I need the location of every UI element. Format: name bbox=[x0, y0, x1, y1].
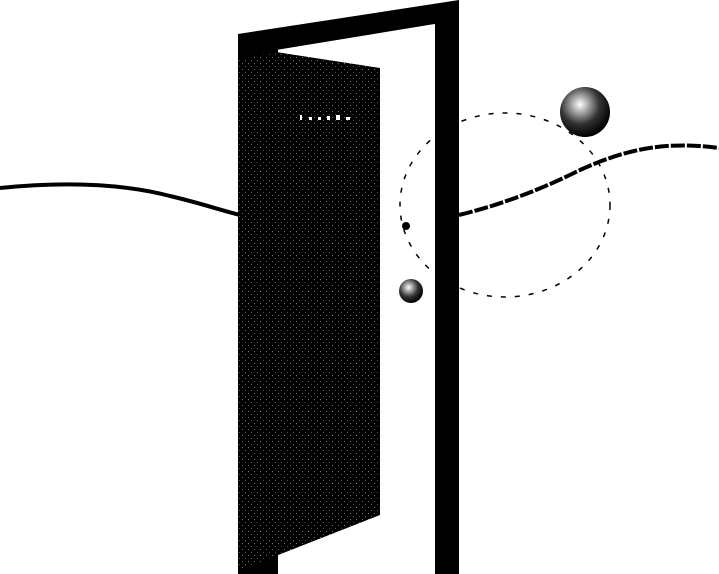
door-panel bbox=[238, 52, 380, 568]
wave-curve-left bbox=[0, 184, 240, 215]
door-illustration bbox=[0, 0, 719, 574]
orbit-path bbox=[400, 113, 610, 297]
wave-curve-right bbox=[459, 145, 719, 215]
crossing-point bbox=[402, 222, 410, 230]
small-sphere bbox=[399, 279, 423, 303]
large-sphere bbox=[560, 87, 610, 137]
